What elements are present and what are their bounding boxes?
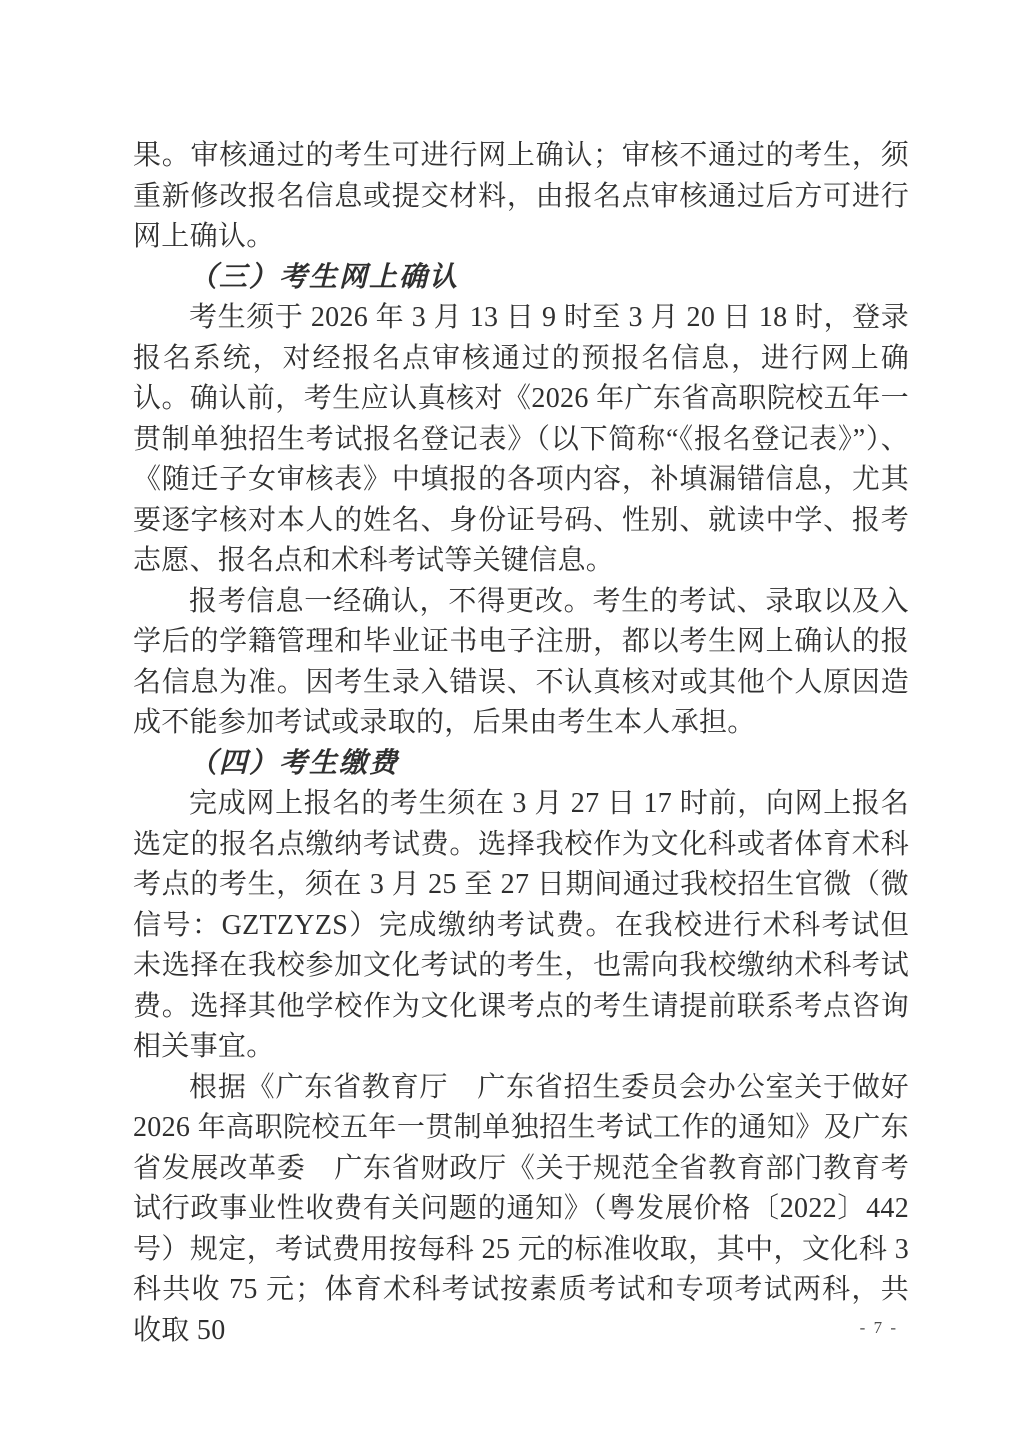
document-body: 果。审核通过的考生可进行网上确认；审核不通过的考生，须重新修改报名信息或提交材料…	[133, 136, 909, 1351]
section-heading-candidate-online-confirmation: （三）考生网上确认	[133, 258, 909, 299]
page-number: - 7 -	[860, 1318, 898, 1338]
document-page: 果。审核通过的考生可进行网上确认；审核不通过的考生，须重新修改报名信息或提交材料…	[0, 0, 1024, 1448]
paragraph-continuation: 果。审核通过的考生可进行网上确认；审核不通过的考生，须重新修改报名信息或提交材料…	[133, 136, 909, 258]
paragraph-payment-instructions: 完成网上报名的考生须在 3 月 27 日 17 时前，向网上报名选定的报名点缴纳…	[133, 784, 909, 1068]
paragraph-confirmation-details: 考生须于 2026 年 3 月 13 日 9 时至 3 月 20 日 18 时，…	[133, 298, 909, 582]
section-heading-candidate-payment: （四）考生缴费	[133, 744, 909, 785]
paragraph-fee-standards: 根据《广东省教育厅 广东省招生委员会办公室关于做好 2026 年高职院校五年一贯…	[133, 1068, 909, 1352]
paragraph-confirmation-responsibility: 报考信息一经确认，不得更改。考生的考试、录取以及入学后的学籍管理和毕业证书电子注…	[133, 582, 909, 744]
